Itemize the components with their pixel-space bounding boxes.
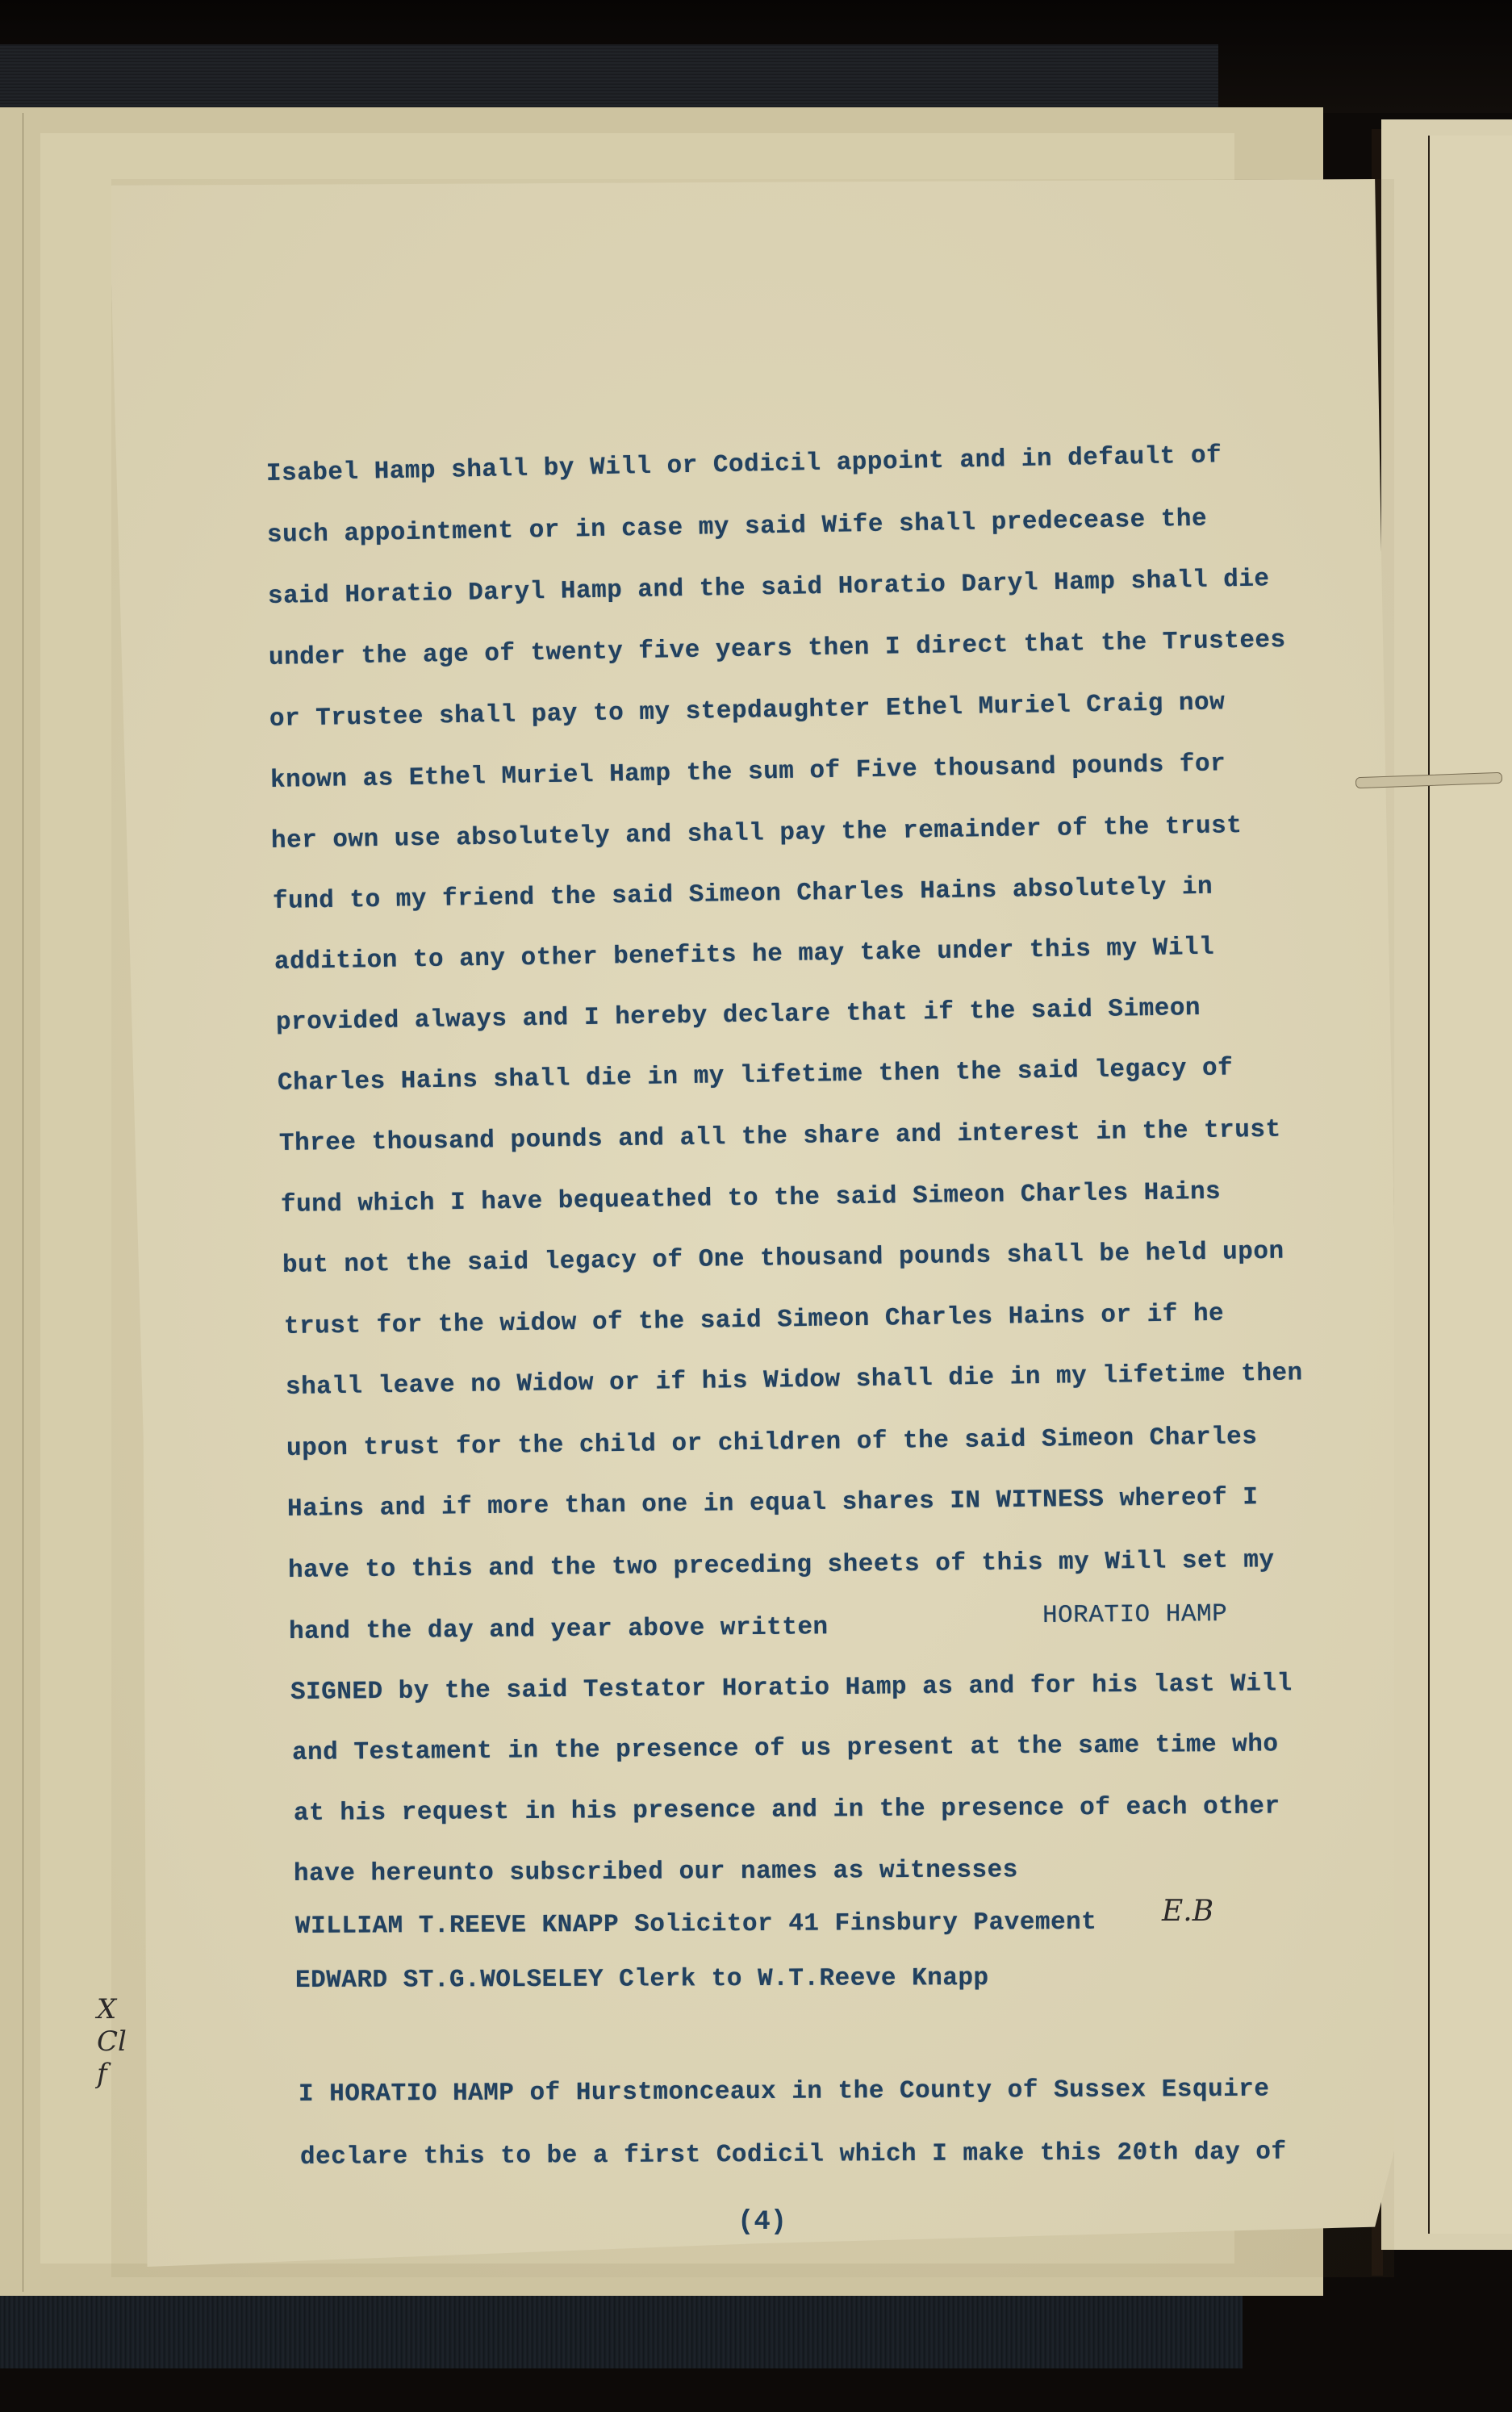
page-edge-line xyxy=(23,113,23,2292)
witness-name: WILLIAM T.REEVE KNAPP Solicitor 41 Finsb… xyxy=(295,1908,1097,1941)
testator-signature: HORATIO HAMP xyxy=(1042,1600,1228,1630)
body-line: hand the day and year above written xyxy=(289,1613,829,1646)
attestation-line: have hereunto subscribed our names as wi… xyxy=(294,1856,1018,1888)
witness-name: EDWARD ST.G.WOLSELEY Clerk to W.T.Reeve … xyxy=(295,1964,989,1995)
margin-annotation: X Cl f xyxy=(97,1993,129,2090)
codicil-line: I HORATIO HAMP of Hurstmonceaux in the C… xyxy=(299,2075,1270,2109)
cloth-cover-top xyxy=(0,44,1218,113)
handwritten-initials: E.B xyxy=(1162,1895,1213,1928)
right-page-stack-inner xyxy=(1428,136,1512,2234)
codicil-line: declare this to be a first Codicil which… xyxy=(300,2138,1287,2172)
cloth-cover-bottom xyxy=(0,2296,1243,2368)
page-number: (4) xyxy=(737,2207,787,2238)
document-page xyxy=(111,179,1394,2277)
